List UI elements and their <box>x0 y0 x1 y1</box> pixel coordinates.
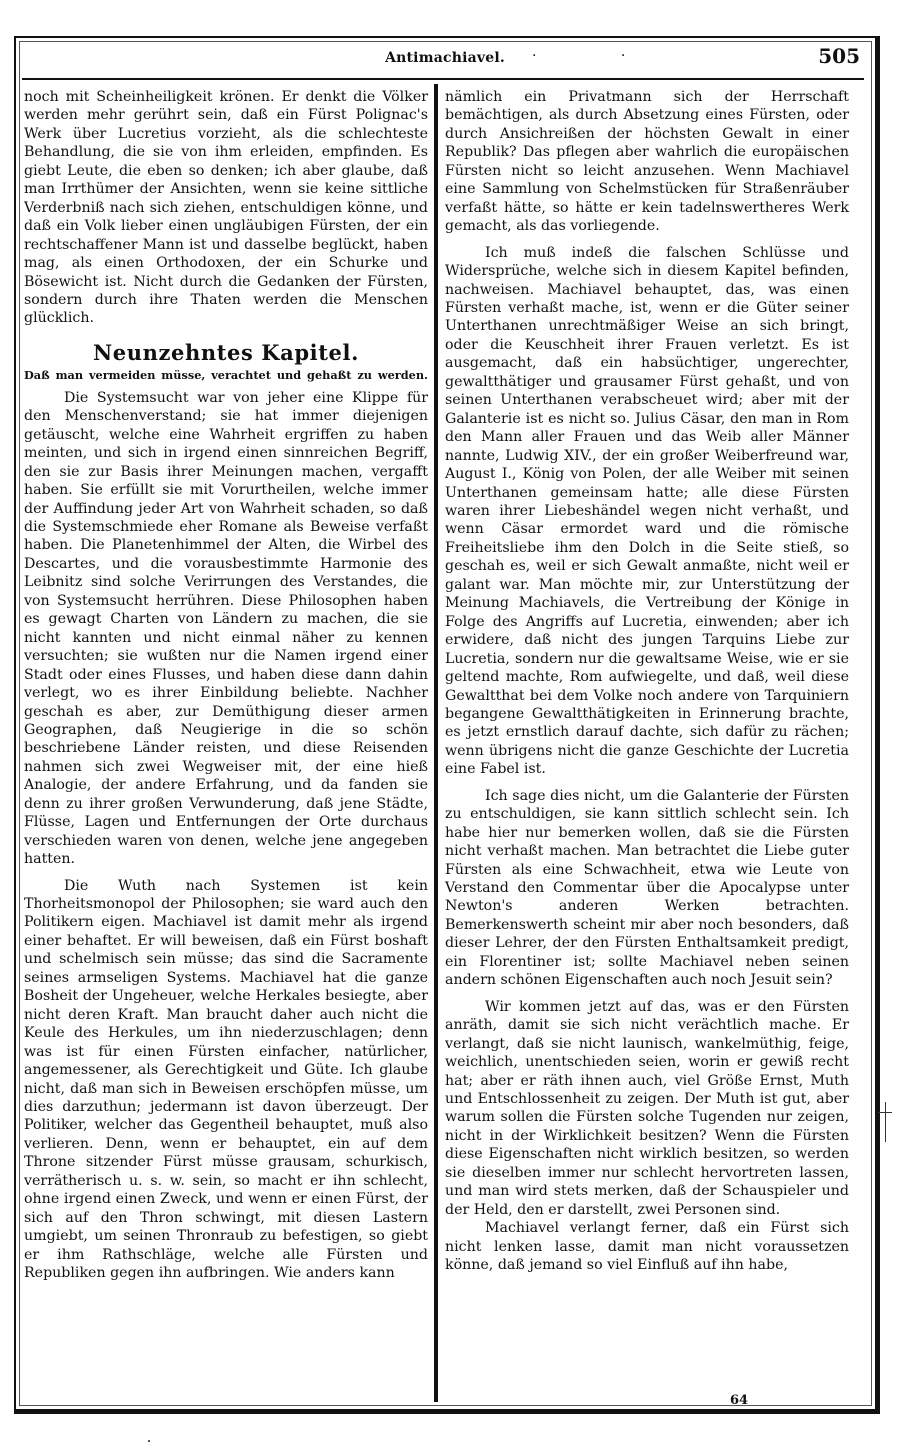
chapter-subtitle: Daß man vermeiden müsse, verachtet und g… <box>24 366 428 384</box>
page-number: 505 <box>818 44 860 68</box>
chapter-title: Neunzehntes Kapitel. <box>24 344 428 362</box>
paragraph: Wir kommen jetzt auf das, was er den Für… <box>445 998 849 1219</box>
header-rule <box>22 78 864 80</box>
paragraph: Die Systemsucht war von jeher eine Klipp… <box>24 389 428 869</box>
header-ornament-dots: · · <box>532 48 665 64</box>
right-column: nämlich ein Privatmann sich der Herrscha… <box>445 88 849 1275</box>
scan-speck <box>148 1440 150 1442</box>
paragraph: Machiavel verlangt ferner, daß ein Fürst… <box>445 1219 849 1274</box>
left-column: noch mit Scheinheiligkeit krönen. Er den… <box>24 88 428 1283</box>
column-divider <box>434 84 438 1402</box>
running-title: Antimachiavel. <box>22 50 868 66</box>
paragraph: Ich muß indeß die falschen Schlüsse und … <box>445 244 849 779</box>
paragraph: Die Wuth nach Systemen ist kein Thorheit… <box>24 877 428 1283</box>
signature-mark: 64 <box>730 1393 748 1408</box>
page-header: Antimachiavel. · · 505 <box>22 40 868 68</box>
paragraph: Ich sage dies nicht, um die Galanterie d… <box>445 787 849 990</box>
paragraph-continued: noch mit Scheinheiligkeit krönen. Er den… <box>24 88 428 328</box>
paragraph-continued: nämlich ein Privatmann sich der Herrscha… <box>445 88 849 236</box>
crop-mark-vertical <box>885 1102 886 1142</box>
